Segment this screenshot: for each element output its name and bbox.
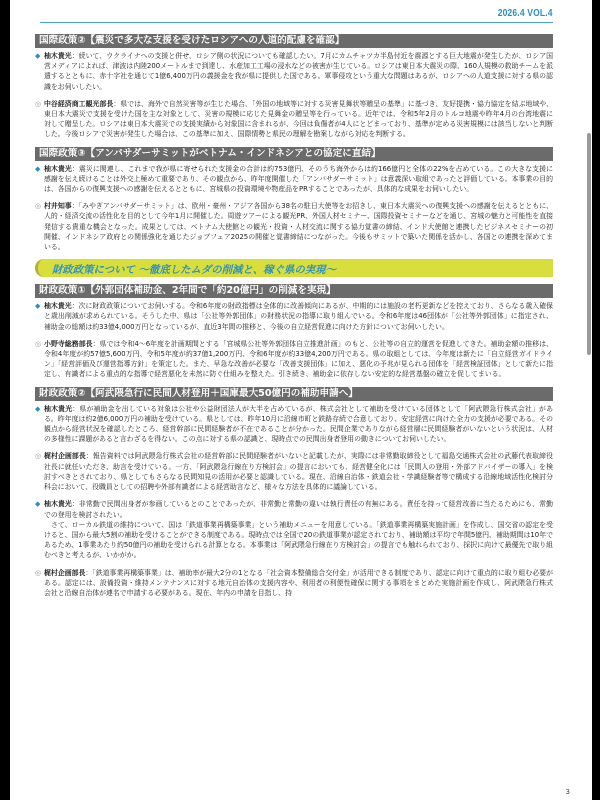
- entry-text: ：次に財政政策についてお伺いする。令和6年度の財政指標は全体的に改善傾向にあるが…: [44, 302, 553, 330]
- document-page: 2026.4 VOL.4 国際政策②【震災で多大な支援を受けたロシアへの人道的配…: [10, 0, 586, 800]
- diamond-icon: ◆: [35, 164, 40, 174]
- entry-text: ：県が補助金を出している対象は公社や公益財団法人が大半を占めているが、株式会社と…: [44, 405, 553, 444]
- entry-text: ：続いて、ウクライナへの支援と併せ、ロシア側の状況についても確認したい。7月にカ…: [44, 52, 553, 91]
- diamond-icon: ◆: [35, 301, 40, 311]
- entry-text: さて、ローカル鉄道の維持について、国は「鉄道事業再構築事業」という補助メニューを…: [44, 520, 553, 561]
- question-entry: ◆ 柚木貴光：次に財政政策についてお伺いする。令和6年度の財政指標は全体的に改善…: [35, 301, 553, 332]
- circle-icon: ◎: [35, 201, 41, 211]
- answer-entry: ◎ 梶村企画部長：「鉄道事業再構築事業」は、補助率が最大2分の1となる「社会資本…: [35, 568, 553, 599]
- diamond-icon: ◆: [35, 51, 40, 61]
- issue-label: 2026.4 VOL.4: [498, 8, 553, 19]
- diamond-icon: ◆: [35, 404, 40, 414]
- speaker-name: 柚木貴光: [44, 500, 72, 508]
- fiscal-policy-banner: 財政政策について ～徹底したムダの削減と、稼ぐ県の実現～: [35, 259, 553, 277]
- answer-entry: ◎ 小野寺総務部長：県では令和4～6年度を計画期間とする「宮城県公社等外郭団体自…: [35, 339, 553, 380]
- question-entry: ◆ 柚木貴光：県が補助金を出している対象は公社や公益財団法人が大半を占めているが…: [35, 404, 553, 445]
- circle-icon: ◎: [35, 451, 41, 461]
- entry-text: ：震災に関連し、これまで我が県に寄せられた支援金の合計は約753億円、そのうち海…: [44, 165, 553, 193]
- section-international-2: 国際政策②【震災で多大な支援を受けたロシアへの人道的配慮を確認】 ◆ 柚木貴光：…: [35, 34, 553, 140]
- report-content: 国際政策②【震災で多大な支援を受けたロシアへの人道的配慮を確認】 ◆ 柚木貴光：…: [35, 34, 553, 605]
- entry-text: ：県では、海外で自然災害等が生じた場合、「外国の地域等に対する災害見舞状等贈呈の…: [44, 100, 553, 139]
- question-entry: ◆ 柚木貴光：震災に関連し、これまで我が県に寄せられた支援金の合計は約753億円…: [35, 164, 553, 195]
- speaker-name: 柚木貴光: [44, 165, 72, 173]
- answer-entry: ◎ 梶村企画部長：報告資料では阿武隈急行株式会社の経営幹部に民間経験者がいないと…: [35, 451, 553, 492]
- section-fiscal-1: 財政政策①【外郭団体補助金、2年間で「約20億円」の削減を実現】 ◆ 柚木貴光：…: [35, 284, 553, 379]
- speaker-name: 柚木貴光: [44, 52, 72, 60]
- speaker-name: 梶村企画部長: [44, 569, 85, 577]
- answer-entry: ◎ 中谷経済商工観光部長：県では、海外で自然災害等が生じた場合、「外国の地域等に…: [35, 99, 553, 140]
- section-fiscal-2: 財政政策②【阿武隈急行に民間人材登用＋国庫最大50億円の補助申請へ】 ◆ 柚木貴…: [35, 387, 553, 598]
- header-rule: [40, 22, 553, 23]
- scrollbar-thumb[interactable]: [587, 133, 591, 355]
- section-international-3: 国際政策③【アンバサダーサミットがベトナム・インドネシアとの協定に直結】 ◆ 柚…: [35, 147, 553, 253]
- speaker-name: 梶村企画部長: [44, 452, 86, 460]
- entry-text: ：県では令和4～6年度を計画期間とする「宮城県公社等外郭団体自立推進計画」のもと…: [44, 340, 553, 379]
- vertical-scrollbar[interactable]: [586, 0, 600, 800]
- section-title: 国際政策③【アンバサダーサミットがベトナム・インドネシアとの協定に直結】: [35, 147, 553, 161]
- circle-icon: ◎: [35, 568, 41, 578]
- answer-entry: ◎ 村井知事：「みやぎアンバサダーサミット」は、欧州・豪州・アジア各国から38名…: [35, 201, 553, 252]
- entry-text: ：報告資料では阿武隈急行株式会社の経営幹部に民間経験者がいないと記載したが、実際…: [44, 452, 553, 491]
- section-title: 国際政策②【震災で多大な支援を受けたロシアへの人道的配慮を確認】: [35, 34, 553, 48]
- section-title: 財政政策②【阿武隈急行に民間人材登用＋国庫最大50億円の補助申請へ】: [35, 387, 553, 401]
- scrollbar-track[interactable]: [586, 0, 592, 800]
- speaker-name: 柚木貴光: [44, 405, 72, 413]
- entry-text: ：「鉄道事業再構築事業」は、補助率が最大2分の1となる「社会資本整備総合交付金」…: [44, 569, 553, 597]
- diamond-icon: ◆: [35, 499, 40, 509]
- speaker-name: 村井知事: [44, 202, 72, 210]
- banner-title: 財政政策について ～徹底したムダの削減と、稼ぐ県の実現～: [52, 261, 336, 276]
- question-entry: ◆ 柚木貴光：続いて、ウクライナへの支援と併せ、ロシア側の状況についても確認した…: [35, 51, 553, 92]
- entry-text: ：非常勤で民間出身者が参画しているとのことであったが、非常勤と常勤の違いは執行責…: [44, 500, 553, 518]
- section-title: 財政政策①【外郭団体補助金、2年間で「約20億円」の削減を実現】: [35, 284, 553, 298]
- question-entry: ◆ 柚木貴光：非常勤で民間出身者が参画しているとのことであったが、非常勤と常勤の…: [35, 499, 553, 560]
- speaker-name: 柚木貴光: [44, 302, 72, 310]
- speaker-name: 小野寺総務部長: [44, 340, 93, 348]
- circle-icon: ◎: [35, 99, 41, 109]
- entry-text: ：「みやぎアンバサダーサミット」は、欧州・豪州・アジア各国から38名の駐日大使等…: [44, 202, 553, 251]
- circle-icon: ◎: [35, 339, 41, 349]
- page-number: 3: [566, 788, 570, 796]
- speaker-name: 中谷経済商工観光部長: [44, 100, 113, 108]
